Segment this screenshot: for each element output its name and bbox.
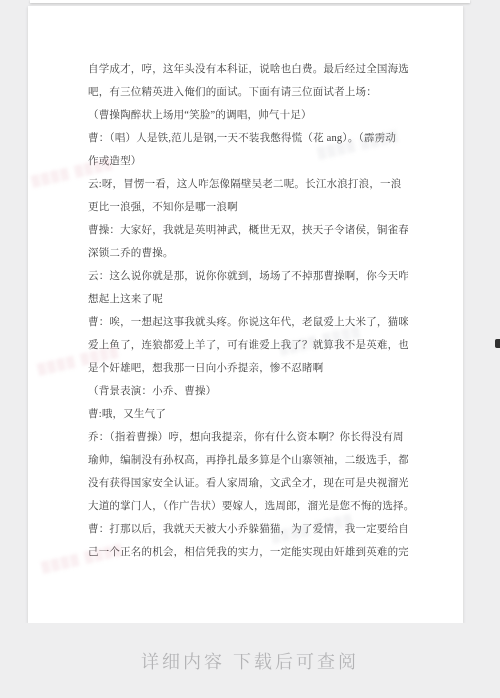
text-line: 没有获得国家安全认证。看人家周瑜，文武全才，现在可是央视溜光 <box>88 472 408 495</box>
text-line: 是个奸雄吧，想我那一日向小乔提亲，惨不忍睹啊 <box>88 357 408 380</box>
text-line: 瑜帅，编制没有孙权高，再挣扎最多算是个山寨领袖，二级选手，都 <box>88 449 408 472</box>
text-line: 想起上这来了呢 <box>88 288 408 311</box>
text-line: 曹操：大家好，我就是英明神武，概世无双，挟天子令诸侯，铜雀春 <box>88 219 408 242</box>
text-line: 曹:哦，又生气了 <box>88 403 408 426</box>
download-hint-bar: 详细内容 下载后可查阅 <box>0 623 500 698</box>
text-line: 曹：打那以后，我就天天被大小乔躲猫猫，为了爱情，我一定要给自 <box>88 518 408 541</box>
text-line: 更比一浪强，不知你是哪一浪啊 <box>88 196 408 219</box>
text-line: 乔：（指着曹操）哼，想向我提亲，你有什么资本啊？你长得没有周 <box>88 426 408 449</box>
document-text: 自学成才，哼，这年头没有本科证，说啥也白费。最后经过全国海选吧，有三位精英进入俺… <box>88 58 408 564</box>
text-line: 自学成才，哼，这年头没有本科证，说啥也白费。最后经过全国海选 <box>88 58 408 81</box>
document-page: 自学成才，哼，这年头没有本科证，说啥也白费。最后经过全国海选吧，有三位精英进入俺… <box>28 6 463 623</box>
text-line: 曹：（唱）人是铁,范儿是钢,一天不装我憋得慌（花 ang）。（霹雳动 <box>88 127 408 150</box>
text-line: 深锁二乔的曹操。 <box>88 242 408 265</box>
download-hint-text: 详细内容 下载后可查阅 <box>141 648 359 674</box>
text-line: 曹：唉，一想起这事我就头疼。你说这年代，老鼠爱上大米了，猫咪 <box>88 311 408 334</box>
text-line: 作或造型） <box>88 150 408 173</box>
text-line: 云:呀，冒愣一看，这人咋怎像隔壁吴老二呢。长江水浪打浪，一浪 <box>88 173 408 196</box>
text-line: （曹操陶醉状上场用“笑脸”的调唱，帅气十足） <box>88 104 408 127</box>
text-line: 吧，有三位精英进入俺们的面试。下面有请三位面试者上场： <box>88 81 408 104</box>
scrollbar-thumb[interactable] <box>495 339 500 348</box>
text-line: 云：这么说你就是那，说你你就到，场场了不掉那曹操啊，你今天咋 <box>88 265 408 288</box>
text-line: 爱上鱼了，连狼都爱上羊了，可有谁爱上我了？就算我不是英难，也 <box>88 334 408 357</box>
text-line: 己一个正名的机会，相信凭我的实力，一定能实现由奸雄到英难的完 <box>88 541 408 564</box>
text-line: 大道的掌门人，（作广告状）要嫁人，选周郎，溜光是您不悔的选择。 <box>88 495 408 518</box>
previous-page-bottom-edge <box>30 0 470 3</box>
text-line: （背景表演：小乔、曹操） <box>88 380 408 403</box>
document-preview-screen: 自学成才，哼，这年头没有本科证，说啥也白费。最后经过全国海选吧，有三位精英进入俺… <box>0 0 500 698</box>
